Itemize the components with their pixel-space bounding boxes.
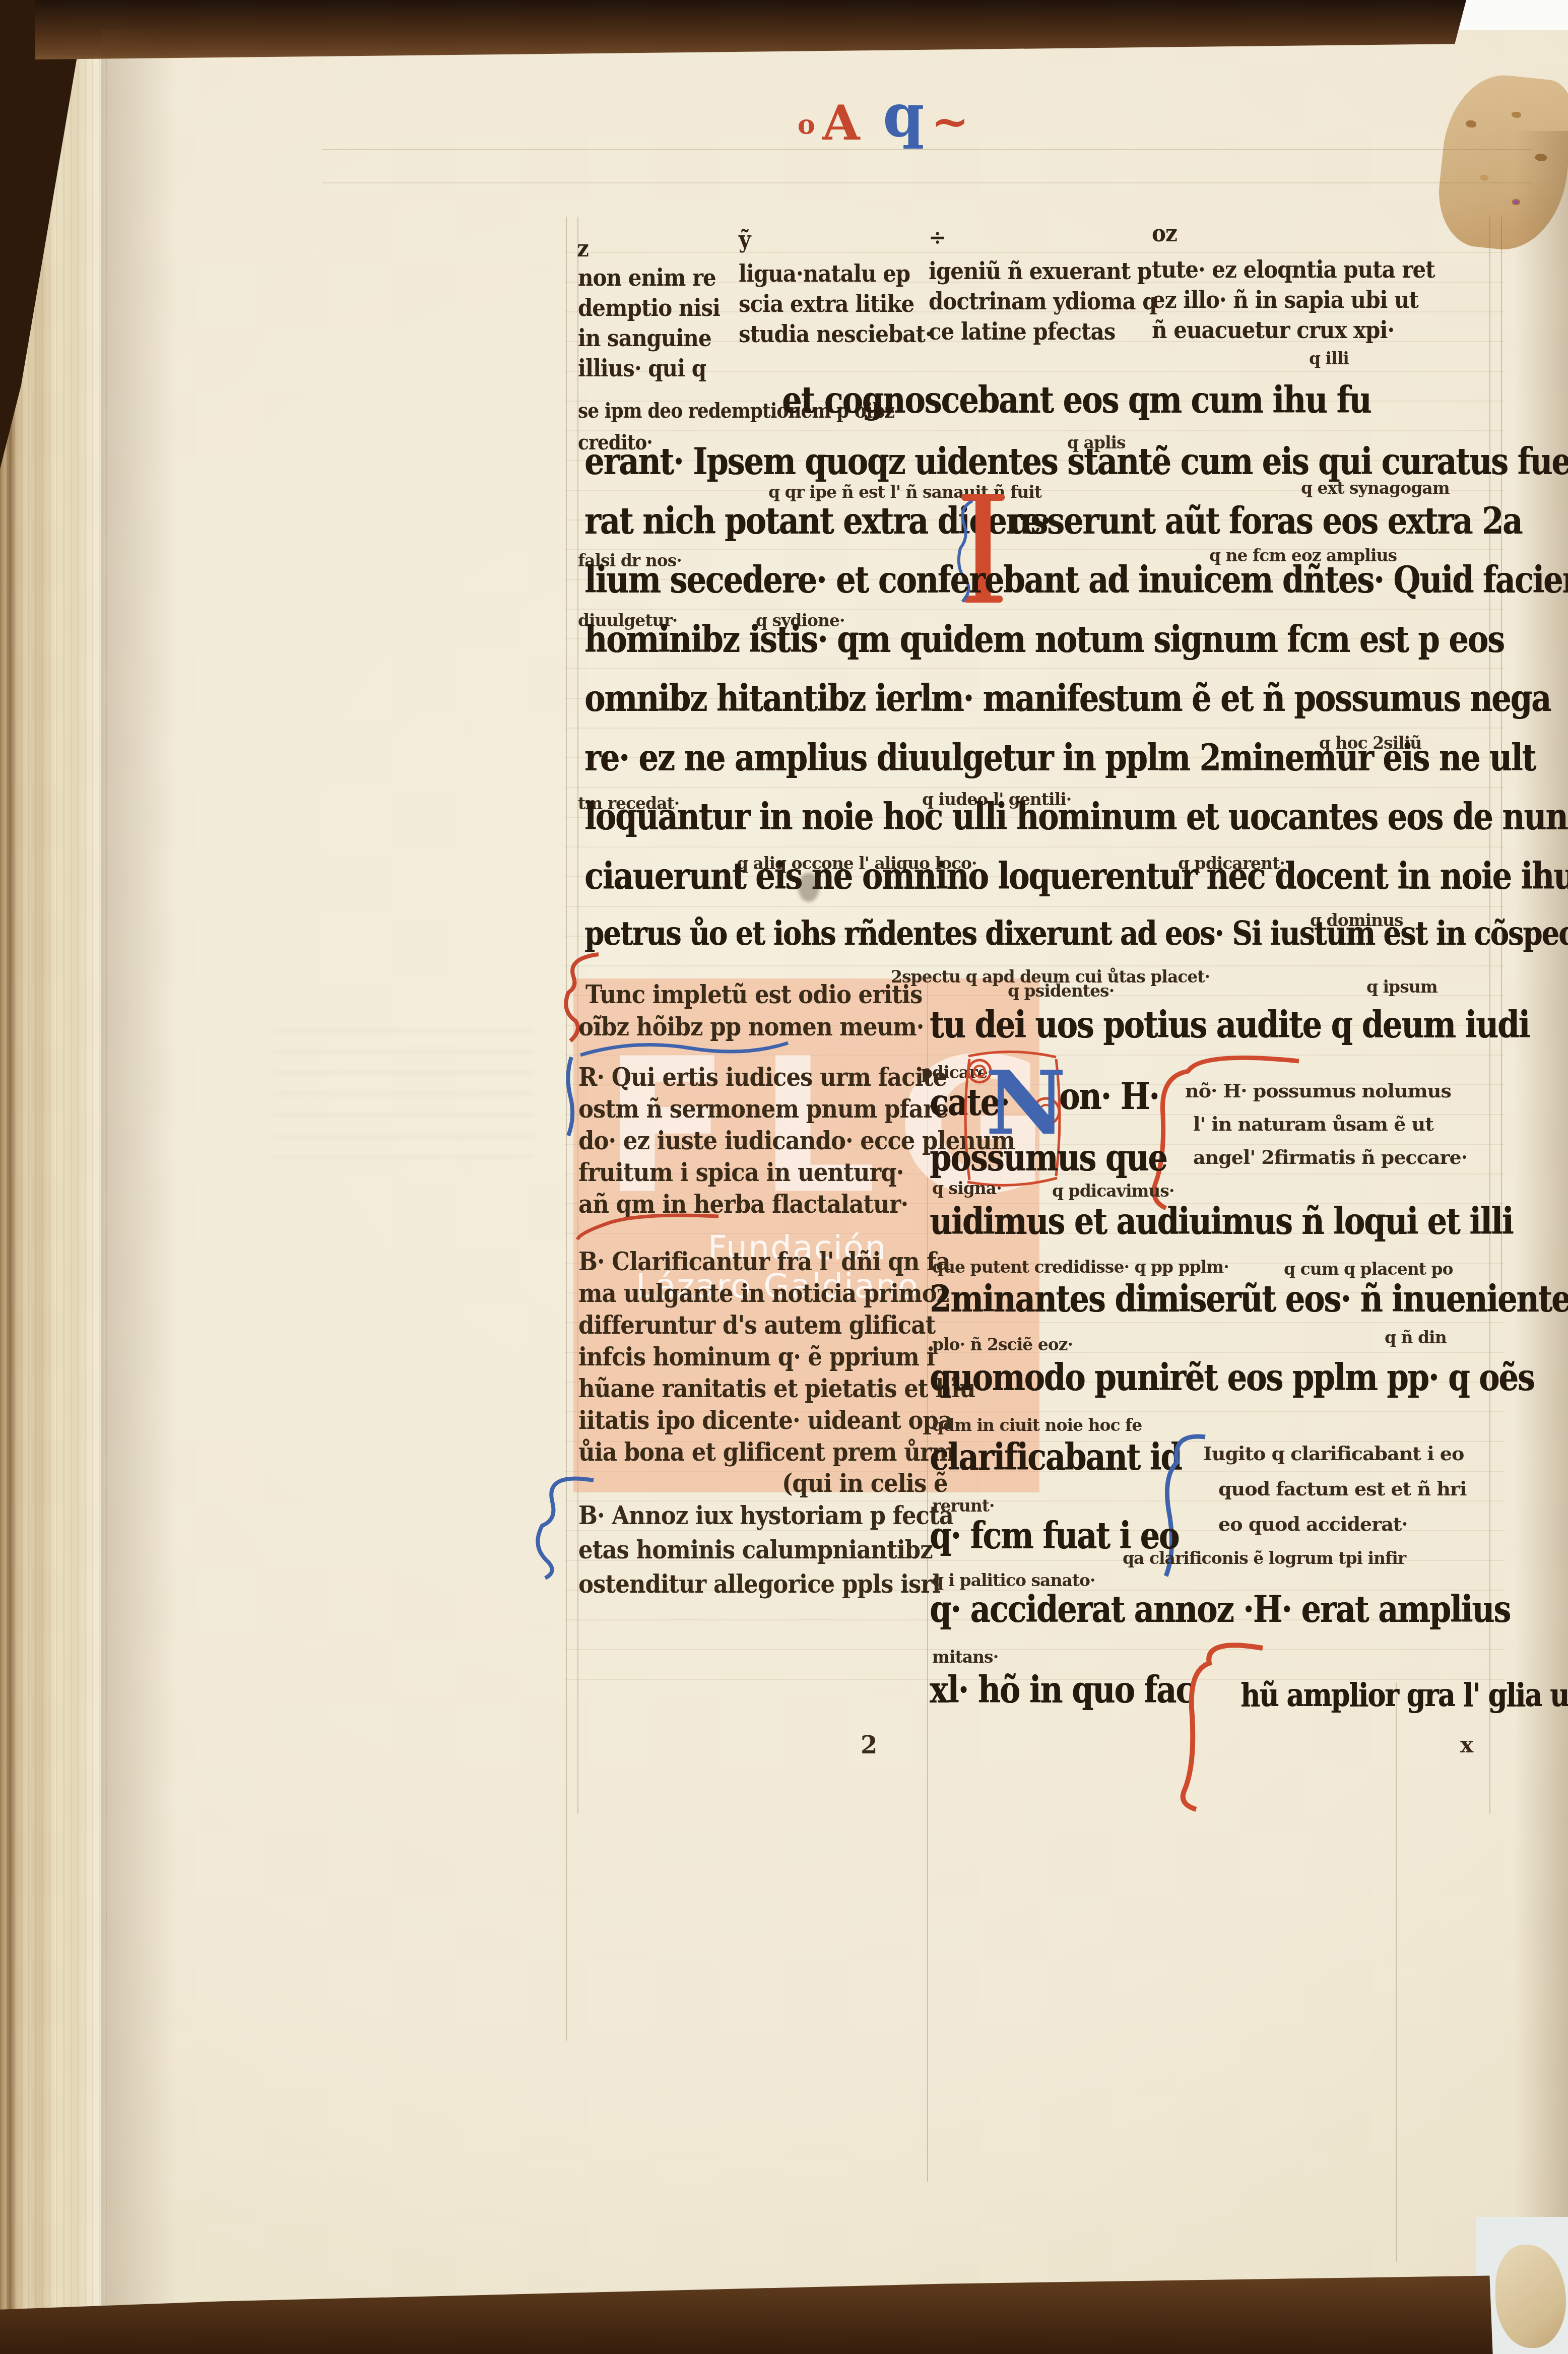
left-gloss-line: B· Annoz iux hystoriam p fecta <box>578 1502 953 1528</box>
gloss-line: illius· qui q <box>578 357 706 380</box>
main-text-line: erant· Ipsem quoqz uidentes stantẽ cum e… <box>584 443 1568 480</box>
gloss-line: ez illo· ñ in sapia ubi ut <box>1152 288 1418 312</box>
interlinear-note: que putent credidisse· q pp pplm· <box>932 1259 1229 1275</box>
gloss-siglum: z <box>577 237 589 260</box>
left-gloss-line: ůia bona et glificent prem ůrm <box>578 1439 955 1464</box>
interlinear-note: q i palitico sanato· <box>932 1572 1095 1589</box>
main-text-line: quomodo punirẽt eos pplm pp· q oẽs <box>930 1359 1534 1396</box>
catchword: x <box>1460 1734 1473 1756</box>
gloss-line: non enim re <box>578 266 716 290</box>
red-paraph-icon <box>1174 1640 1265 1811</box>
blue-flourish-icon <box>578 1037 790 1059</box>
left-gloss-line: hũane ranitatis et pietatis et hĩu <box>578 1376 975 1401</box>
running-title-letter-a: A <box>822 99 860 147</box>
interlinear-note: rerunt· <box>932 1497 995 1514</box>
gloss-line: ligua·natalu ep <box>739 262 910 286</box>
interlinear-note: q illi <box>1309 350 1349 367</box>
interlinear-note: q signa· <box>932 1180 1002 1197</box>
gloss-siglum: ỹ <box>739 228 750 251</box>
left-gloss-line: etas hominis calumpniantibz <box>578 1537 933 1562</box>
main-text-line: hũ amplior gra l' glia ut <box>1240 1679 1568 1711</box>
ruling-line <box>1396 1683 1397 2262</box>
main-text-line: usserunt aũt foras eos extra 2a <box>1009 503 1522 540</box>
interlinear-note: qdm in ciuit noie hoc fe <box>932 1417 1142 1433</box>
gloss-line: demptio nisi <box>578 296 720 320</box>
interlinear-note: q ñ din <box>1385 1329 1447 1346</box>
left-gloss-line: B· Clarificantur fra l' dñi qn fa <box>578 1249 950 1274</box>
gloss-line: ce latine pfectas <box>929 320 1115 344</box>
right-gloss-line: eo quod acciderat· <box>1218 1515 1408 1534</box>
initial-n-letter: N <box>986 1059 1066 1147</box>
ruling-line <box>322 149 1532 150</box>
main-text-line: lium secedere· et conferebant ad inuicem… <box>584 562 1568 599</box>
interlinear-note: q pdicavimus· <box>1052 1183 1174 1199</box>
main-text-line: uidimus et audiuimus ñ loqui et illi <box>930 1203 1513 1240</box>
left-gloss-line: differuntur d's autem glificat <box>578 1312 935 1337</box>
main-text-line: hominibz istis· qm quidem notum signum f… <box>584 621 1504 658</box>
left-gloss-line: (qui in celis ẽ <box>782 1470 948 1495</box>
gloss-line: in sanguine <box>578 326 711 350</box>
gutter-shadow <box>101 30 176 2328</box>
gloss-siglum: ÷ <box>929 226 946 249</box>
running-title-letter-q: q <box>883 86 925 145</box>
right-gloss-line: angel' 2firmatis ñ peccare· <box>1193 1148 1467 1167</box>
right-gloss-line: nõ· H· possumus nolumus <box>1185 1081 1451 1100</box>
interlinear-note: mitans· <box>932 1649 998 1665</box>
main-text-line: 2minantes dimiserũt eos· ñ inuenientes <box>930 1281 1568 1318</box>
interlinear-note: q cum q placent po <box>1284 1261 1453 1277</box>
main-text-line: ciauerunt eis ne omnino loquerentur nec … <box>584 858 1568 895</box>
ink-smudge <box>798 873 819 902</box>
main-text-line: omnibz hitantibz ierlm· manifestum ẽ et … <box>584 680 1550 717</box>
interlinear-note: q ext synagogam <box>1301 480 1450 496</box>
main-text-line: possumus que <box>930 1140 1167 1176</box>
right-gloss-line: l' in naturam ůsam ẽ ut <box>1193 1115 1433 1134</box>
left-gloss-line: iitatis ipo dicente· uideant opa <box>578 1407 952 1432</box>
ink-offset-ghost <box>272 1028 534 1159</box>
left-gloss-line: fruitum i spica in uenturq· <box>578 1159 903 1185</box>
gloss-line: doctrinam ydioma q <box>929 290 1157 313</box>
main-text-line: re· ez ne amplius diuulgetur in pplm 2mi… <box>584 740 1535 776</box>
interlinear-note: q psidentes· <box>1008 983 1114 999</box>
gloss-line: studia nesciebat· <box>739 322 932 346</box>
left-gloss-line: ostenditur allegorice ppls isrl <box>578 1571 940 1596</box>
gloss-line: ñ euacuetur crux xpi· <box>1152 318 1394 342</box>
ruling-line <box>322 182 1532 183</box>
quire-signature: 2 <box>861 1733 877 1757</box>
main-text-line: petrus ůo et iohs rñdentes dixerunt ad e… <box>584 917 1568 950</box>
left-gloss-line: ma uulgante in noticia primoz <box>578 1280 949 1305</box>
running-title-dot: o <box>798 112 815 138</box>
interlinear-note: q ipsum <box>1366 978 1438 995</box>
left-gloss-line: Tunc impletũ est odio eritis <box>585 982 922 1007</box>
main-text-line: tu dei uos potius audite q deum iudi <box>930 1007 1529 1043</box>
left-gloss-line: R· Qui ertis iudices urm facite <box>578 1064 947 1089</box>
running-title-flourish: ~ <box>931 99 969 144</box>
left-gloss-line: oĩbz hõibz pp nomen meum· <box>578 1014 924 1039</box>
main-text-line: clarificabant id <box>930 1439 1182 1476</box>
interlinear-note: plo· ñ 2sciẽ eoz· <box>932 1336 1073 1353</box>
gloss-line: scia extra litike <box>739 292 914 316</box>
right-gloss-line: Iugito q clarificabant i eo <box>1203 1444 1464 1463</box>
red-flourish-icon <box>574 1211 721 1241</box>
gloss-line: tute· ez eloqntia puta ret <box>1152 258 1435 282</box>
gloss-siglum: oz <box>1152 222 1177 245</box>
main-text-line: q· acciderat annoz ·H· erat amplius <box>930 1591 1510 1628</box>
left-gloss-line: ostm ñ sermonem pnum pfare <box>578 1096 948 1121</box>
main-text-line: et cognoscebant eos qm cum ihu fu <box>782 382 1370 419</box>
right-gloss-line: qa clarificonis ẽ logrum tpi infir <box>1123 1550 1406 1566</box>
gloss-line: igeniũ ñ exuerant p <box>929 259 1151 283</box>
manuscript-photo: F L G Fundación Lázaro Galdiano o A q ~ … <box>0 0 1568 2354</box>
main-text-line: xl· hõ in quo fac <box>930 1672 1194 1709</box>
right-gloss-line: quod factum est et ñ hri <box>1218 1479 1466 1498</box>
left-gloss-line: infcis hominum q· ẽ pprium i <box>578 1344 935 1369</box>
main-text-line: loquantur in noie hoc ulli hominum et uo… <box>584 799 1567 835</box>
blue-paraph-icon <box>564 1056 579 1137</box>
